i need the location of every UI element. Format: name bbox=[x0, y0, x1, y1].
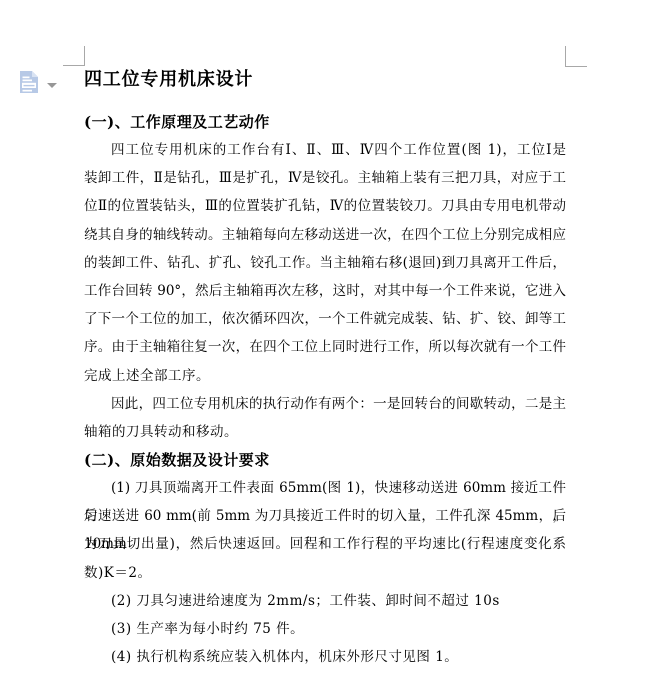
text-line: 绕其自身的轴线转动。主轴箱每向左移动送进一次，在四个工位上分别完成相应 bbox=[84, 221, 566, 249]
document-body: (一)、工作原理及工艺动作四工位专用机床的工作台有Ⅰ、Ⅱ、Ⅲ、Ⅳ四个工作位置(图… bbox=[84, 108, 566, 671]
text-line: 为刀具切出量)，然后快速返回。回程和工作行程的平均速比(行程速度变化系 bbox=[84, 530, 566, 558]
text-line: 四工位专用机床的工作台有Ⅰ、Ⅱ、Ⅲ、Ⅳ四个工作位置(图 1)，工位Ⅰ是 bbox=[84, 136, 566, 164]
page-margin-mark-top-left bbox=[63, 65, 85, 66]
document-format-icon[interactable] bbox=[18, 70, 40, 98]
chevron-down-icon[interactable] bbox=[47, 83, 57, 88]
text-line: (1) 刀具顶端离开工件表面 65mm(图 1)，快速移动送进 60mm 接近工… bbox=[84, 474, 566, 502]
text-line: 因此，四工位专用机床的执行动作有两个：一是回转台的间歇转动，二是主 bbox=[84, 390, 566, 418]
text-line: 序。由于主轴箱往复一次，在四个工位上同时进行工作，所以每次就有一个工件 bbox=[84, 333, 566, 361]
page-margin-mark-top-right bbox=[565, 66, 587, 67]
doc-title: 四工位专用机床设计 bbox=[84, 64, 566, 96]
section-heading: (一)、工作原理及工艺动作 bbox=[84, 108, 566, 136]
section-heading: (二)、原始数据及设计要求 bbox=[84, 446, 566, 474]
text-line: (2) 刀具匀速进给速度为 2mm/s；工件装、卸时间不超过 10s bbox=[84, 587, 566, 615]
text-line: 工作台回转 90°，然后主轴箱再次左移，这时，对其中每一个工件来说，它进入 bbox=[84, 277, 566, 305]
word-page: 四工位专用机床设计 (一)、工作原理及工艺动作四工位专用机床的工作台有Ⅰ、Ⅱ、Ⅲ… bbox=[0, 0, 648, 697]
text-line: 了下一个工位的加工，依次循环四次，一个工件就完成装、钻、扩、铰、卸等工 bbox=[84, 305, 566, 333]
text-line: 装卸工件，Ⅱ是钻孔，Ⅲ是扩孔，Ⅳ是铰孔。主轴箱上装有三把刀具，对应于工 bbox=[84, 164, 566, 192]
text-line: 的装卸工件、钻孔、扩孔、铰孔工作。当主轴箱右移(退回)到刀具离开工件后， bbox=[84, 249, 566, 277]
text-line: 匀速送进 60 mm(前 5mm 为刀具接近工件时的切入量，工件孔深 45mm，… bbox=[84, 502, 566, 530]
text-line: 轴箱的刀具转动和移动。 bbox=[84, 418, 566, 446]
text-line: 位Ⅱ的位置装钻头，Ⅲ的位置装扩孔钻，Ⅳ的位置装铰刀。刀具由专用电机带动 bbox=[84, 192, 566, 220]
text-line: 数)K＝2。 bbox=[84, 559, 566, 587]
document-content: 四工位专用机床设计 (一)、工作原理及工艺动作四工位专用机床的工作台有Ⅰ、Ⅱ、Ⅲ… bbox=[84, 0, 566, 671]
margin-options-widget[interactable] bbox=[18, 70, 57, 98]
text-line: (4) 执行机构系统应装入机体内，机床外形尺寸见图 1。 bbox=[84, 643, 566, 671]
text-line: (3) 生产率为每小时约 75 件。 bbox=[84, 615, 566, 643]
text-line: 完成上述全部工序。 bbox=[84, 362, 566, 390]
